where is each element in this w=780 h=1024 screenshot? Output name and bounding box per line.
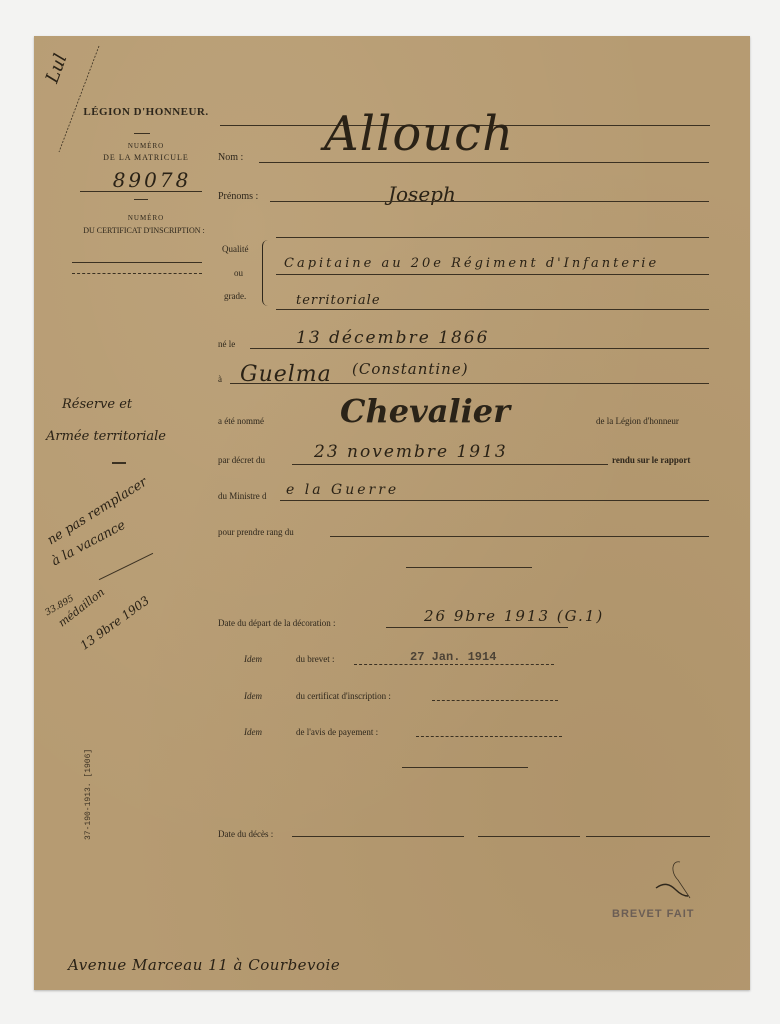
brevet-fait-stamp: BREVET FAIT <box>612 908 695 920</box>
margin-note-1-line-1: Réserve et <box>62 397 132 412</box>
idem-1: Idem <box>244 654 262 664</box>
rendu-label: rendu sur le rapport <box>612 455 690 465</box>
prenoms-line <box>270 201 709 202</box>
ne-le-line <box>250 348 709 349</box>
matricule-line <box>80 191 202 192</box>
certificat-label-1: NUMÉRO <box>76 214 216 222</box>
certificat-date-label: du certificat d'inscription : <box>296 691 391 701</box>
matricule-label-1: NUMÉRO <box>76 142 216 150</box>
legion-label: de la Légion d'honneur <box>596 416 679 426</box>
legion-title: LÉGION D'HONNEUR. <box>76 106 216 118</box>
stamp-initial-mark <box>652 858 702 908</box>
a-line <box>230 383 709 384</box>
payement-label: de l'avis de payement : <box>296 727 378 737</box>
deces-line-1 <box>292 836 464 837</box>
rang-label: pour prendre rang du <box>218 527 294 537</box>
decret-value: 23 novembre 1913 <box>314 442 508 462</box>
document-card: Lul LÉGION D'HONNEUR. NUMÉRO DE LA MATRI… <box>34 36 750 990</box>
qualite-line-2 <box>276 309 709 310</box>
ministre-line <box>280 500 709 501</box>
certificat-line <box>72 262 202 263</box>
payement-line <box>416 736 562 737</box>
nomme-label: a été nommé <box>218 416 264 426</box>
section-divider-1 <box>406 567 532 568</box>
idem-3: Idem <box>244 727 262 737</box>
qualite-label-3: grade. <box>224 291 246 301</box>
prenoms-value: Joseph <box>388 182 456 206</box>
nom-value: Allouch <box>324 106 514 162</box>
qualite-line-1 <box>276 274 709 275</box>
a-label: à <box>218 374 222 384</box>
depart-label: Date du départ de la décoration : <box>218 618 335 628</box>
deces-line-2 <box>478 836 580 837</box>
depart-value: 26 9bre 1913 (G.1) <box>424 607 604 625</box>
nom-label: Nom : <box>218 152 243 163</box>
grade-value: Chevalier <box>340 392 510 430</box>
depart-line <box>386 627 568 628</box>
deces-label: Date du décès : <box>218 829 273 839</box>
qualite-label-1: Qualité <box>222 244 249 254</box>
certificat-date-line <box>432 700 558 701</box>
matricule-subrule <box>134 199 148 200</box>
nom-line <box>259 162 709 163</box>
ne-le-value: 13 décembre 1866 <box>296 328 489 348</box>
title-rule <box>134 133 150 134</box>
matricule-label-2: DE LA MATRICULE <box>76 153 216 162</box>
idem-2: Idem <box>244 691 262 701</box>
qualite-brace <box>262 240 269 306</box>
ministre-value: e la Guerre <box>286 482 399 498</box>
ministre-label: du Ministre d <box>218 491 267 501</box>
brevet-line <box>354 664 554 665</box>
certificat-line-2 <box>72 273 202 274</box>
margin-note-rule <box>112 462 126 464</box>
ne-le-label: né le <box>218 339 235 349</box>
a-value-region: (Constantine) <box>352 360 469 378</box>
qualite-value-2: territoriale <box>296 293 381 308</box>
rang-line <box>330 536 709 537</box>
matricule-value: 89078 <box>92 168 212 192</box>
certificat-label-2: DU CERTIFICAT D'INSCRIPTION : <box>54 226 234 235</box>
qualite-label-2: ou <box>234 268 243 278</box>
brevet-value: 27 Jan. 1914 <box>410 650 496 664</box>
qualite-top-rule <box>276 237 709 238</box>
decret-line <box>292 464 608 465</box>
deces-line-3 <box>586 836 710 837</box>
prenoms-label: Prénoms : <box>218 191 258 202</box>
margin-note-2-rule <box>99 553 153 580</box>
address-note: Avenue Marceau 11 à Courbevoie <box>68 956 340 974</box>
margin-note-1-line-2: Armée territoriale <box>46 429 166 444</box>
brevet-label: du brevet : <box>296 654 335 664</box>
printer-mark: 37-190-1913. [1906] <box>84 749 93 840</box>
corner-diagonal-line <box>54 44 104 154</box>
decret-label: par décret du <box>218 455 265 465</box>
section-divider-2 <box>402 767 528 768</box>
qualite-value-1: Capitaine au 20e Régiment d'Infanterie <box>284 256 659 271</box>
